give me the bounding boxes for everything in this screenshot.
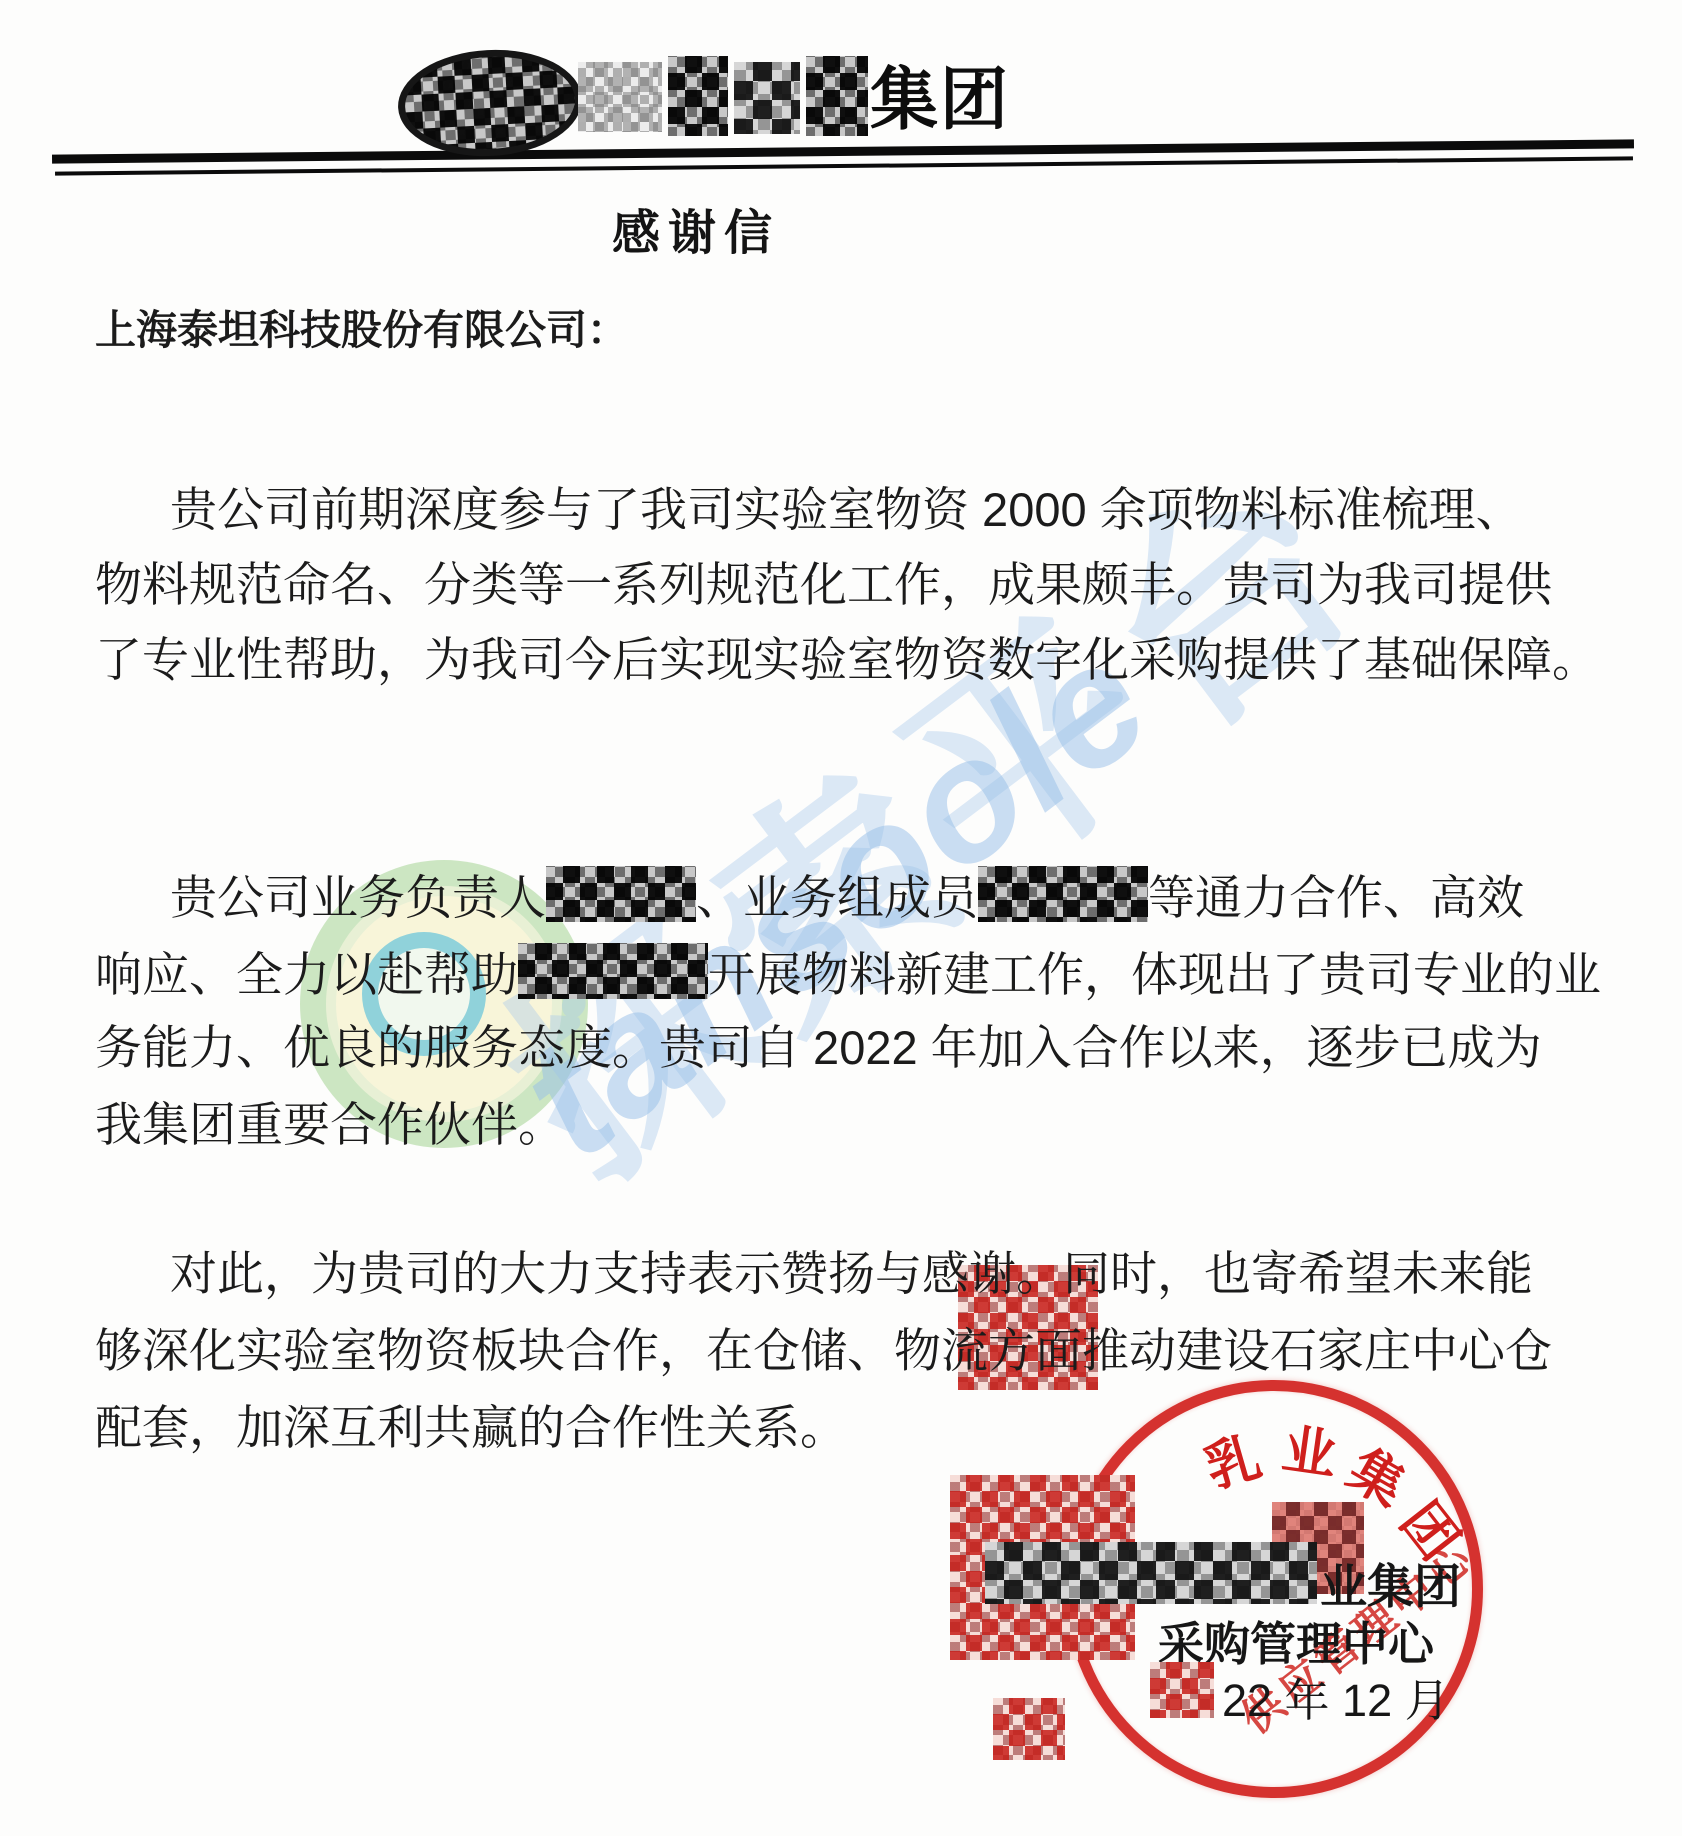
redacted-header-text-2 [668, 56, 728, 136]
signature-company-suffix: 业集团 [1320, 1550, 1461, 1617]
p2-line1-text-c: 等通力合作、高效 [1148, 871, 1524, 924]
redacted-company-name-inline [518, 943, 708, 999]
redacted-signature-year [1150, 1662, 1214, 1718]
header-group-suffix: 集团 [870, 46, 1010, 143]
p2-line2: 响应、全力以赴帮助开展物料新建工作，体现出了贵司专业的业 [95, 943, 1601, 1003]
salutation: 上海泰坦科技股份有限公司： [95, 306, 628, 355]
p2-line3: 务能力、优良的服务态度。贵司自 2022 年加入合作以来，逐步已成为 [95, 1020, 1542, 1076]
redacted-person-name-2 [978, 866, 1148, 922]
p1-line3: 了专业性帮助，为我司今后实现实验室物资数字化采购提供了基础保障。 [95, 632, 1599, 688]
scanned-letter-page: 探索平台 tansoole 集团 感谢信 上海泰坦科技股份有限公司： 贵公司前期… [0, 0, 1682, 1836]
redacted-header-text-3 [734, 62, 800, 134]
redacted-company-logo [395, 45, 584, 160]
redacted-person-name-1 [546, 866, 696, 922]
redacted-signature-company [985, 1542, 1317, 1604]
p3-line3: 配套，加深互利共赢的合作性关系。 [95, 1400, 847, 1456]
stamp-arc-char-2: 业 [1278, 1407, 1342, 1491]
redacted-header-text-1 [578, 62, 662, 132]
p2-line1: 贵公司业务负责人、业务组成员等通力合作、高效 [170, 866, 1524, 926]
p2-line2-text-a: 响应、全力以赴帮助 [95, 948, 518, 1001]
p3-line1: 对此，为贵司的大力支持表示赞扬与感谢。同时，也寄希望未来能 [170, 1246, 1533, 1302]
p2-line4: 我集团重要合作伙伴。 [95, 1097, 565, 1153]
p3-line2: 够深化实验室物资板块合作，在仓储、物流方面推动建设石家庄中心仓 [95, 1323, 1552, 1379]
signature-date: 22 年 12 月 [1222, 1664, 1450, 1729]
p2-line1-text-b: 、业务组成员 [696, 871, 978, 924]
p2-line1-text-a: 贵公司业务负责人 [170, 871, 546, 924]
p1-line2: 物料规范命名、分类等一系列规范化工作，成果颇丰。贵司为我司提供 [95, 557, 1552, 613]
letter-title: 感谢信 [612, 194, 780, 263]
redacted-header-text-4 [806, 56, 868, 136]
p2-line2-text-b: 开展物料新建工作，体现出了贵司专业的业 [708, 948, 1601, 1001]
redacted-stamp-area-3 [993, 1698, 1065, 1760]
p1-line1: 贵公司前期深度参与了我司实验室物资 2000 余项物料标准梳理、 [170, 482, 1523, 538]
